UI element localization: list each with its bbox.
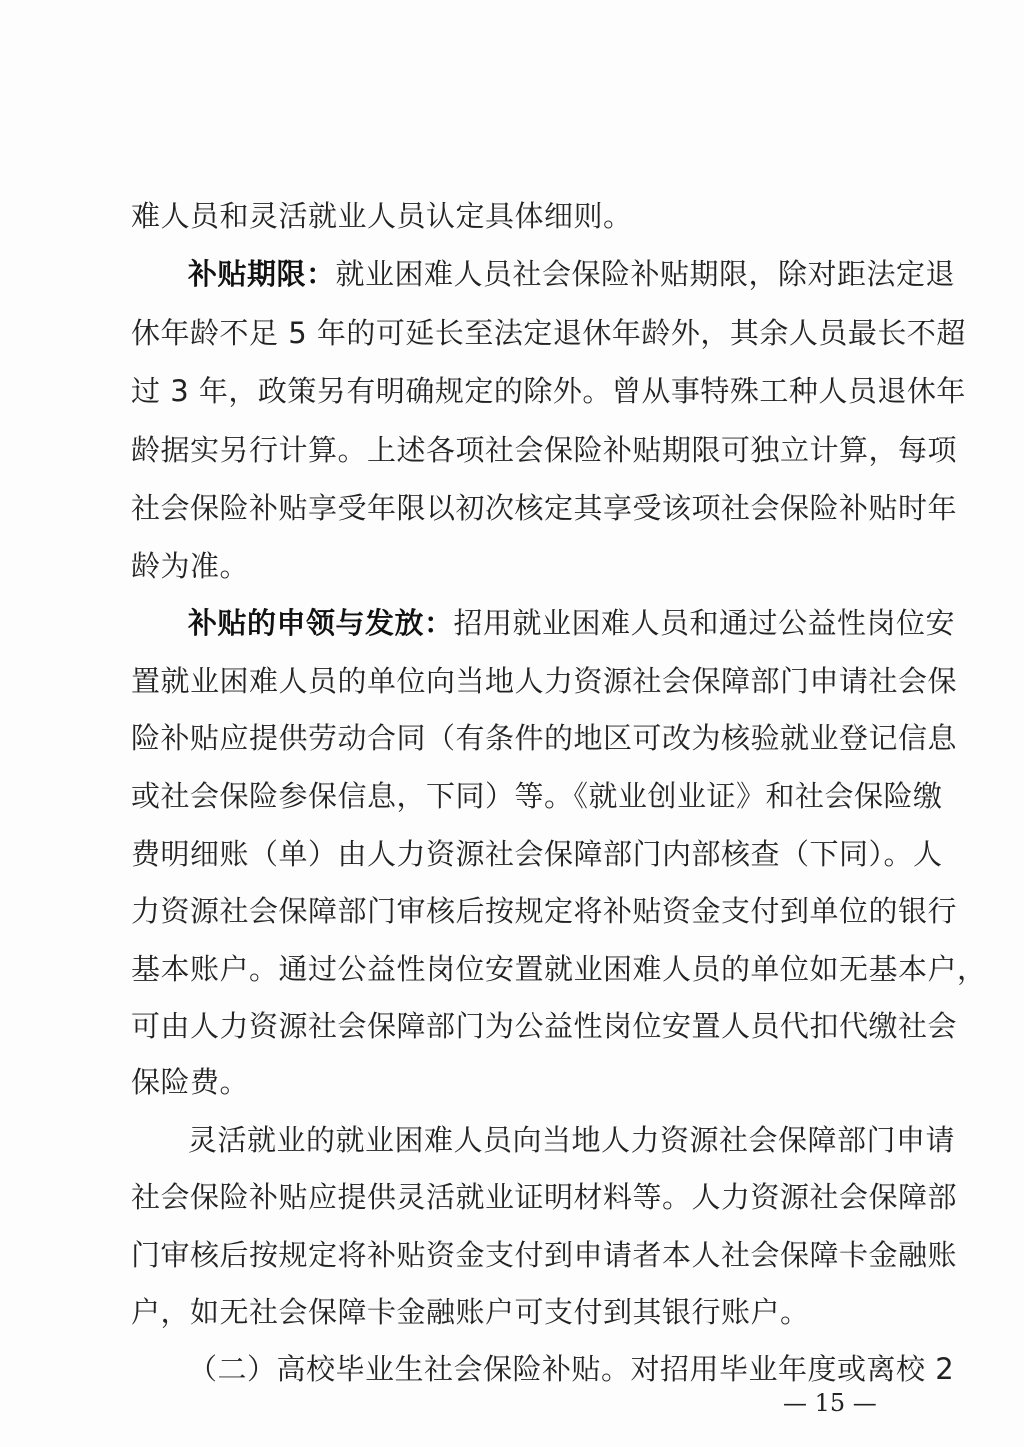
text-line: 或社会保险参保信息，下同）等。《就业创业证》和社会保险缴 [131,776,901,816]
text-line: 门审核后按规定将补贴资金支付到申请者本人社会保障卡金融账 [131,1235,901,1275]
text-line: 险补贴应提供劳动合同（有条件的地区可改为核验就业登记信息 [131,718,901,758]
text-line: 户，如无社会保障卡金融账户可支付到其银行账户。 [131,1292,901,1332]
text-line: 龄据实另行计算。上述各项社会保险补贴期限可独立计算，每项 [131,430,901,470]
text-line: 休年龄不足 5 年的可延长至法定退休年龄外，其余人员最长不超 [131,313,901,353]
text-line: 社会保险补贴享受年限以初次核定其享受该项社会保险补贴时年 [131,488,901,528]
paragraph-first-line: 灵活就业的就业困难人员向当地人力资源社会保障部门申请 [188,1120,901,1160]
document-page: 难人员和灵活就业人员认定具体细则。 补贴期限：就业困难人员社会保险补贴期限，除对… [0,0,1024,1447]
text-line: 力资源社会保障部门审核后按规定将补贴资金支付到单位的银行 [131,891,901,931]
text-line: 社会保险补贴应提供灵活就业证明材料等。人力资源社会保障部 [131,1177,901,1217]
section-heading-subsidy-period: 补贴期限： [188,257,336,291]
text-line: 基本账户。通过公益性岗位安置就业困难人员的单位如无基本户， [131,949,901,989]
page-number: — 15 — [783,1388,877,1418]
paragraph-first-line: 补贴期限：就业困难人员社会保险补贴期限，除对距法定退 [188,254,901,294]
paragraph-first-line: （二）高校毕业生社会保险补贴。对招用毕业年度或离校 2 [188,1349,901,1389]
text-line: 过 3 年，政策另有明确规定的除外。曾从事特殊工种人员退休年 [131,371,901,411]
text-line: 龄为准。 [131,546,901,586]
text-line: 可由人力资源社会保障部门为公益性岗位安置人员代扣代缴社会 [131,1006,901,1046]
text-line: 费明细账（单）由人力资源社会保障部门内部核查（下同）。人 [131,834,901,874]
section-heading-application-disbursement: 补贴的申领与发放： [188,606,454,640]
text-line: 置就业困难人员的单位向当地人力资源社会保障部门申请社会保 [131,661,901,701]
text-line: 就业困难人员社会保险补贴期限，除对距法定退 [336,257,956,291]
text-line: 招用就业困难人员和通过公益性岗位安 [454,606,956,640]
text-line: 保险费。 [131,1062,901,1102]
text-line: 难人员和灵活就业人员认定具体细则。 [131,196,901,236]
paragraph-first-line: 补贴的申领与发放：招用就业困难人员和通过公益性岗位安 [188,603,901,643]
